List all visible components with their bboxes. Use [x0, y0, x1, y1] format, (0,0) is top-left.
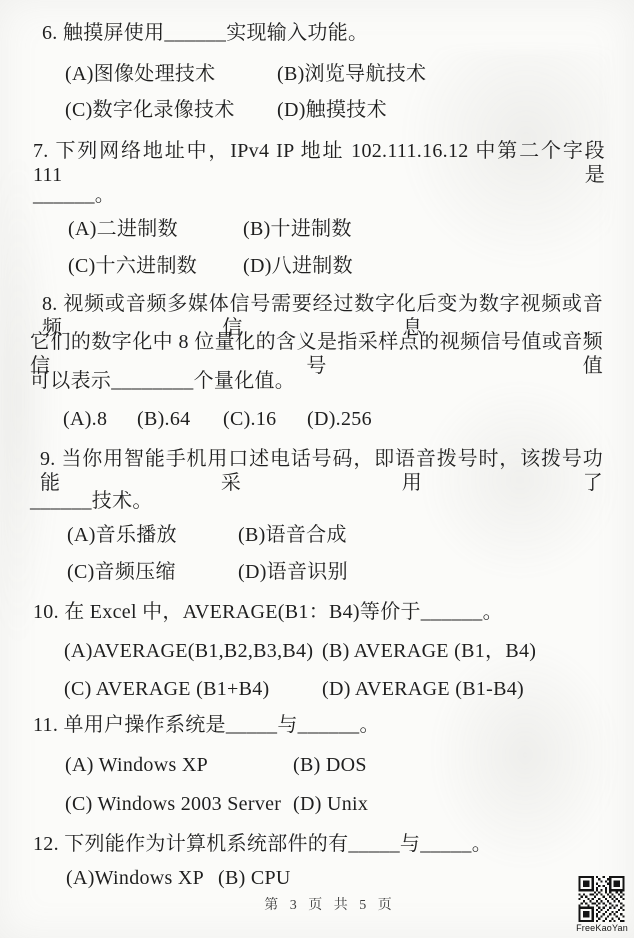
page-number: 第 3 页 共 5 页	[0, 894, 634, 914]
question-8-option-d: (D).256	[307, 407, 372, 431]
question-8-option-b: (B).64	[137, 407, 190, 431]
question-10-option-b: (B) AVERAGE (B1，B4)	[322, 639, 536, 663]
question-7-option-a: (A)二进制数	[68, 217, 178, 241]
question-7-option-d: (D)八进制数	[243, 254, 353, 278]
question-6-stem: 6. 触摸屏使用______实现输入功能。	[42, 21, 368, 45]
question-8-stem-line3: 可以表示________个量化值。	[30, 369, 295, 393]
question-8-option-c: (C).16	[223, 407, 276, 431]
question-11-option-d: (D) Unix	[293, 792, 368, 816]
question-10-option-d: (D) AVERAGE (B1-B4)	[322, 677, 524, 701]
question-6-option-b: (B)浏览导航技术	[277, 62, 426, 86]
question-7-option-c: (C)十六进制数	[68, 254, 197, 278]
question-12-stem: 12. 下列能作为计算机系统部件的有_____与_____。	[33, 832, 492, 856]
question-9-option-a: (A)音乐播放	[67, 523, 177, 547]
question-9-stem-line1: 9. 当你用智能手机用口述电话号码，即语音拨号时，该拨号功能采用了	[40, 447, 603, 495]
qr-code-icon	[577, 876, 626, 922]
scan-bleedthrough-artifact	[0, 150, 60, 650]
question-11-stem: 11. 单用户操作系统是_____与______。	[33, 713, 380, 737]
question-7-option-b: (B)十进制数	[243, 217, 352, 241]
question-7-stem-line1: 7. 下列网络地址中，IPv4 IP 地址 102.111.16.12 中第二个…	[33, 139, 605, 187]
question-9-option-d: (D)语音识别	[238, 560, 348, 584]
question-12-option-b: (B) CPU	[218, 866, 291, 890]
question-6-option-c: (C)数字化录像技术	[65, 98, 235, 122]
question-9-option-b: (B)语音合成	[238, 523, 347, 547]
question-8-option-a: (A).8	[63, 407, 107, 431]
question-11-option-c: (C) Windows 2003 Server	[65, 792, 281, 816]
question-9-stem-line2: ______技术。	[30, 489, 153, 513]
question-10-option-a: (A)AVERAGE(B1,B2,B3,B4)	[64, 639, 313, 663]
question-11-option-b: (B) DOS	[293, 753, 367, 777]
question-12-option-a: (A)Windows XP	[66, 866, 204, 890]
question-7-stem-line2: ______。	[33, 183, 115, 207]
watermark-caption: FreeKaoYan	[574, 923, 630, 933]
question-9-option-c: (C)音频压缩	[67, 560, 176, 584]
exam-page: 6. 触摸屏使用______实现输入功能。 (A)图像处理技术 (B)浏览导航技…	[0, 0, 634, 938]
question-10-stem: 10. 在 Excel 中，AVERAGE(B1：B4)等价于______。	[33, 600, 503, 624]
question-11-option-a: (A) Windows XP	[65, 753, 208, 777]
question-6-option-a: (A)图像处理技术	[65, 62, 215, 86]
watermark: FreeKaoYan	[577, 876, 627, 936]
question-6-option-d: (D)触摸技术	[277, 98, 387, 122]
question-10-option-c: (C) AVERAGE (B1+B4)	[64, 677, 270, 701]
